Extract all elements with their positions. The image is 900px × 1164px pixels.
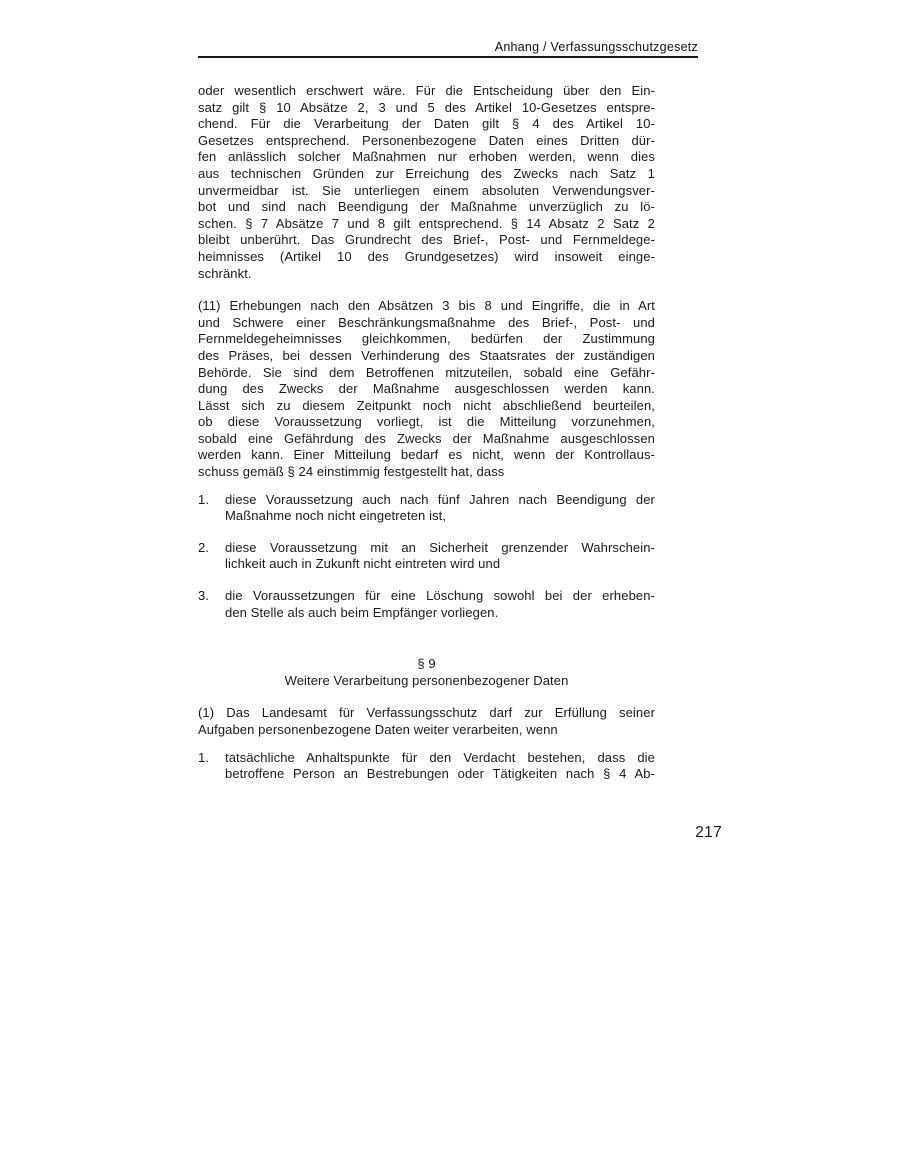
text-line: sobald eine Gefährdung des Zwecks der Ma…	[198, 431, 655, 448]
paragraph: (11) Erhebungen nach den Absätzen 3 bis …	[198, 298, 655, 481]
list-item-text: die Voraussetzungen für eine Löschung so…	[225, 588, 655, 621]
text-line: aus technischen Gründen zur Erreichung d…	[198, 166, 655, 183]
text-line: (11) Erhebungen nach den Absätzen 3 bis …	[198, 298, 655, 315]
text-line: ob diese Voraussetzung vorliegt, ist die…	[198, 414, 655, 431]
text-line: des Präses, bei dessen Verhinderung des …	[198, 348, 655, 365]
list-item-number: 3.	[198, 588, 225, 621]
text-line: Lässt sich zu diesem Zeitpunkt noch nich…	[198, 398, 655, 415]
text-line: Gesetzes entsprechend. Personenbezogene …	[198, 133, 655, 150]
page-number: 217	[198, 824, 722, 842]
paragraph: (1) Das Landesamt für Verfassungsschutz …	[198, 705, 655, 738]
text-line: lichkeit auch in Zukunft nicht eintreten…	[225, 556, 655, 573]
text-line: Weitere Verarbeitung personenbezogener D…	[198, 673, 655, 690]
text-line: schränkt.	[198, 266, 655, 283]
list-item: 3.die Voraussetzungen für eine Löschung …	[198, 588, 655, 621]
text-line: Maßnahme noch nicht eingetreten ist,	[225, 508, 655, 525]
list-item: 1.tatsächliche Anhaltspunkte für den Ver…	[198, 750, 655, 783]
text-line: dung des Zwecks der Maßnahme ausgeschlos…	[198, 381, 655, 398]
text-line: (1) Das Landesamt für Verfassungsschutz …	[198, 705, 655, 722]
header-title: Anhang / Verfassungsschutzgesetz	[495, 40, 698, 54]
text-line: Aufgaben personenbezogene Daten weiter v…	[198, 722, 655, 739]
list-item-text: tatsächliche Anhaltspunkte für den Verda…	[225, 750, 655, 783]
text-line: Behörde. Sie sind dem Betroffenen mitzut…	[198, 365, 655, 382]
numbered-list: 1.diese Voraussetzung auch nach fünf Jah…	[198, 492, 655, 622]
text-line: bleibt unberührt. Das Grundrecht des Bri…	[198, 232, 655, 249]
paragraph: oder wesentlich erschwert wäre. Für die …	[198, 83, 655, 282]
text-line: schen. § 7 Absätze 7 und 8 gilt entsprec…	[198, 216, 655, 233]
list-item: 1.diese Voraussetzung auch nach fünf Jah…	[198, 492, 655, 525]
text-line: bot und sind nach Beendigung der Maßnahm…	[198, 199, 655, 216]
document-page: Anhang / Verfassungsschutzgesetz oder we…	[0, 0, 900, 1164]
list-item-text: diese Voraussetzung auch nach fünf Jahre…	[225, 492, 655, 525]
text-line: satz gilt § 10 Absätze 2, 3 und 5 des Ar…	[198, 100, 655, 117]
text-line: betroffene Person an Bestrebungen oder T…	[225, 766, 655, 783]
text-line: diese Voraussetzung auch nach fünf Jahre…	[225, 492, 655, 509]
section-heading: § 9Weitere Verarbeitung personenbezogene…	[198, 656, 655, 689]
text-line: chend. Für die Verarbeitung der Daten gi…	[198, 116, 655, 133]
text-column: oder wesentlich erschwert wäre. Für die …	[198, 83, 655, 783]
header-rule	[198, 56, 698, 58]
list-item: 2.diese Voraussetzung mit an Sicherheit …	[198, 540, 655, 573]
text-line: werden kann. Einer Mitteilung bedarf es …	[198, 447, 655, 464]
list-item-number: 2.	[198, 540, 225, 573]
text-line: fen anlässlich solcher Maßnahmen nur erh…	[198, 149, 655, 166]
list-item-number: 1.	[198, 750, 225, 783]
text-line: und Schwere einer Beschränkungsmaßnahme …	[198, 315, 655, 332]
text-line: unvermeidbar ist. Sie unterliegen einem …	[198, 183, 655, 200]
text-line: den Stelle als auch beim Empfänger vorli…	[225, 605, 655, 622]
text-line: tatsächliche Anhaltspunkte für den Verda…	[225, 750, 655, 767]
text-line: diese Voraussetzung mit an Sicherheit gr…	[225, 540, 655, 557]
text-line: Fernmeldegeheimnisses gleichkommen, bedü…	[198, 331, 655, 348]
text-line: heimnisses (Artikel 10 des Grundgesetzes…	[198, 249, 655, 266]
text-line: oder wesentlich erschwert wäre. Für die …	[198, 83, 655, 100]
list-item-text: diese Voraussetzung mit an Sicherheit gr…	[225, 540, 655, 573]
text-line: § 9	[198, 656, 655, 673]
numbered-list: 1.tatsächliche Anhaltspunkte für den Ver…	[198, 750, 655, 783]
text-line: schuss gemäß § 24 einstimmig festgestell…	[198, 464, 655, 481]
list-item-number: 1.	[198, 492, 225, 525]
text-line: die Voraussetzungen für eine Löschung so…	[225, 588, 655, 605]
running-header: Anhang / Verfassungsschutzgesetz	[198, 40, 698, 54]
